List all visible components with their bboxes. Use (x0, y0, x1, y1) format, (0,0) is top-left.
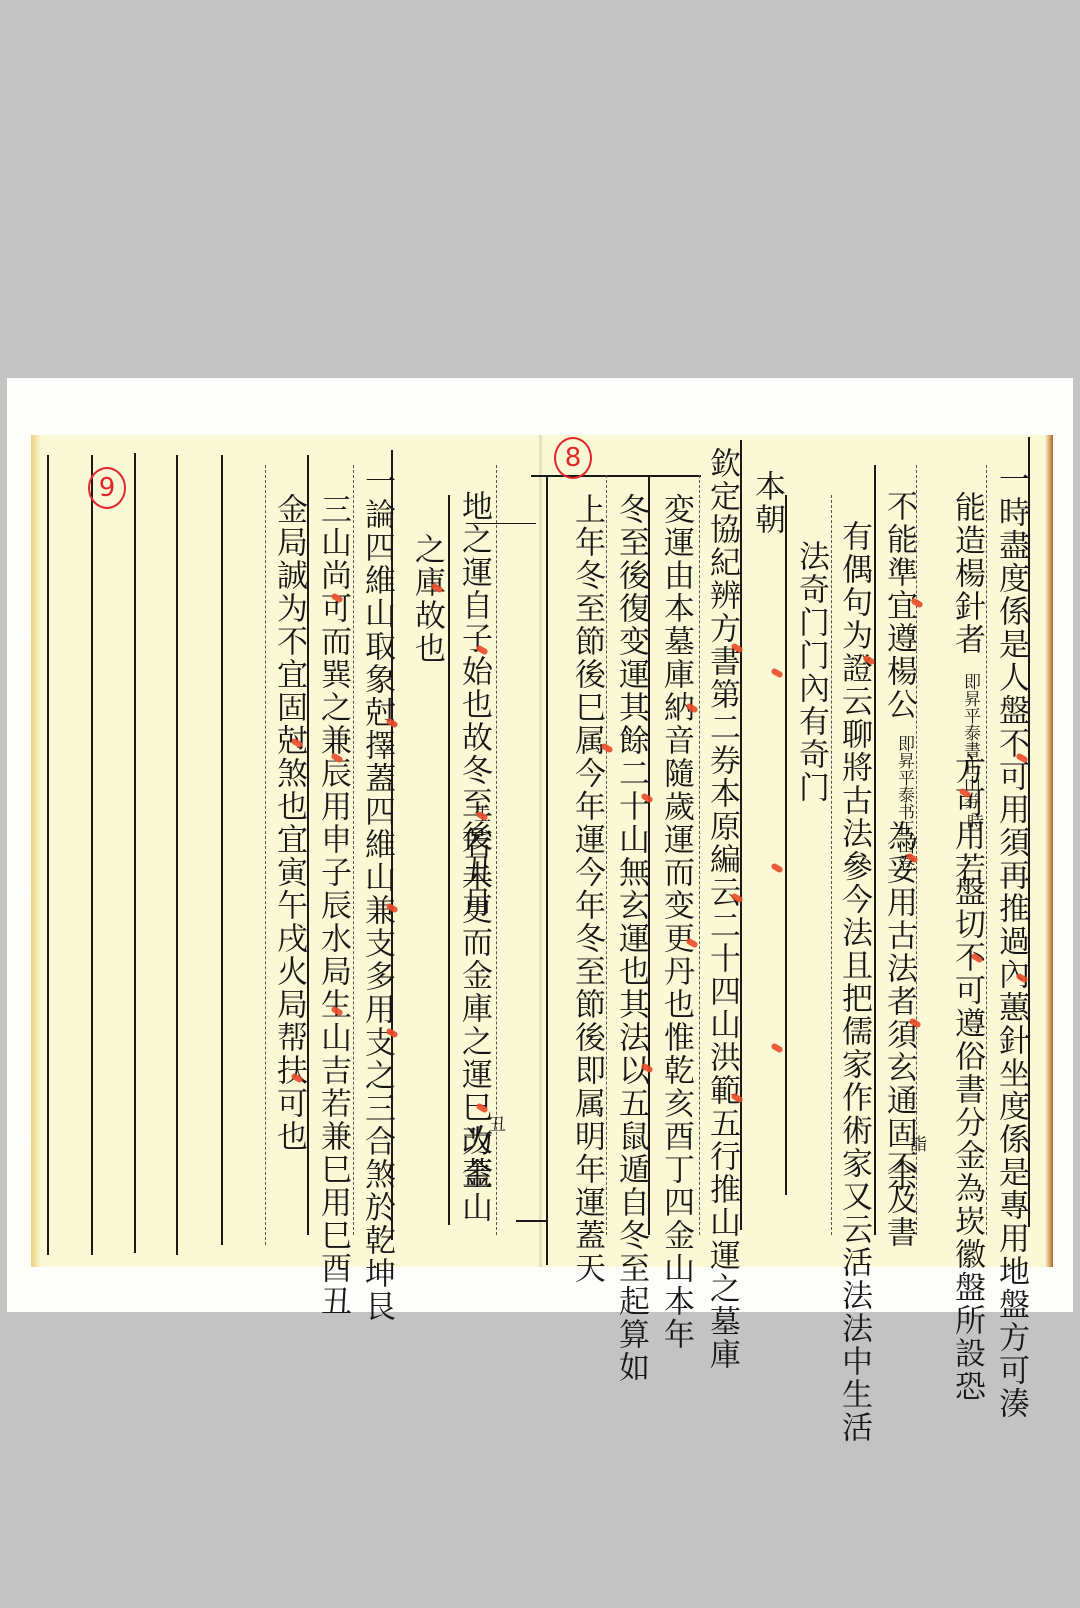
text-column: 之庫故也 (409, 533, 445, 665)
document-page: 9 8 一時盡度係是人盤不可用須再推過內蕙針坐度係是專用地盤方可湊 能造楊針者 … (31, 435, 1053, 1267)
column-rule (448, 495, 450, 1225)
column-dash (699, 475, 701, 1235)
column-dash (986, 465, 988, 1235)
punctuation-mark (770, 862, 783, 873)
paper-edge-stain (1045, 435, 1053, 1267)
column-dash (265, 465, 267, 1245)
text-column: 不能準宜遵楊公 (881, 490, 917, 721)
column-rule (91, 455, 93, 1255)
punctuation-mark (770, 667, 783, 678)
text-column: 三山尚可而巽之兼辰用申子辰水局生山吉若兼巳用巳酉丑 (315, 493, 351, 1318)
text-column: 一時盡度係是人盤不可用須再推過內蕙針坐度係是專用地盤方可湊 (993, 463, 1029, 1420)
border-line (531, 475, 701, 477)
border-line (516, 1220, 546, 1222)
column-rule (221, 455, 223, 1245)
page-number-annotation: 9 (88, 467, 126, 509)
column-rule (47, 455, 49, 1255)
column-rule (307, 455, 309, 1235)
text-column: 冬至後復变運其餘二十山無玄運也其法以五鼠遁自冬至起算如 (613, 493, 649, 1384)
column-rule (546, 475, 548, 1265)
text-column: 余 (881, 1160, 917, 1193)
column-rule (176, 455, 178, 1255)
paper-edge-stain (31, 435, 41, 1267)
column-dash (353, 465, 355, 1235)
page-number-annotation: 8 (554, 437, 592, 479)
interlinear-note: 時 (964, 813, 982, 830)
text-column: 为金山 (456, 1125, 492, 1224)
column-rule (740, 440, 742, 1230)
text-column: 金局誠为不宜固尅煞也宜寅午戌火局帮扶可也 (271, 493, 307, 1153)
text-column: 法奇门门內有奇门 (793, 540, 829, 804)
column-rule (134, 453, 136, 1253)
column-rule (785, 495, 787, 1195)
text-column: 盤切不可遵俗書分金為崁徽盤所設恐 (949, 875, 985, 1403)
section-heading: 本朝 (749, 470, 785, 536)
page-fold (539, 435, 542, 1267)
column-dash (831, 495, 833, 1235)
text-column: 上年冬至節後巳属今年運今年冬至節後即属明年運蓋天 (569, 493, 605, 1285)
interlinear-note: 詣 (907, 1135, 925, 1152)
text-column: 変運由本墓庫納音隨歲運而变更丹也惟乾亥酉丁四金山本年 (658, 493, 694, 1351)
text-column: 欽定協紀辨方書第二券本原編云二十四山洪範五行推山運之墓庫 (704, 447, 740, 1371)
text-column: 能造楊針者 (949, 491, 985, 656)
column-dash (606, 475, 608, 1235)
punctuation-mark (770, 1042, 783, 1053)
text-column: 一論四維山取象尅擇蓋四維山兼支多用支之三合煞於乾坤艮 (359, 465, 395, 1323)
